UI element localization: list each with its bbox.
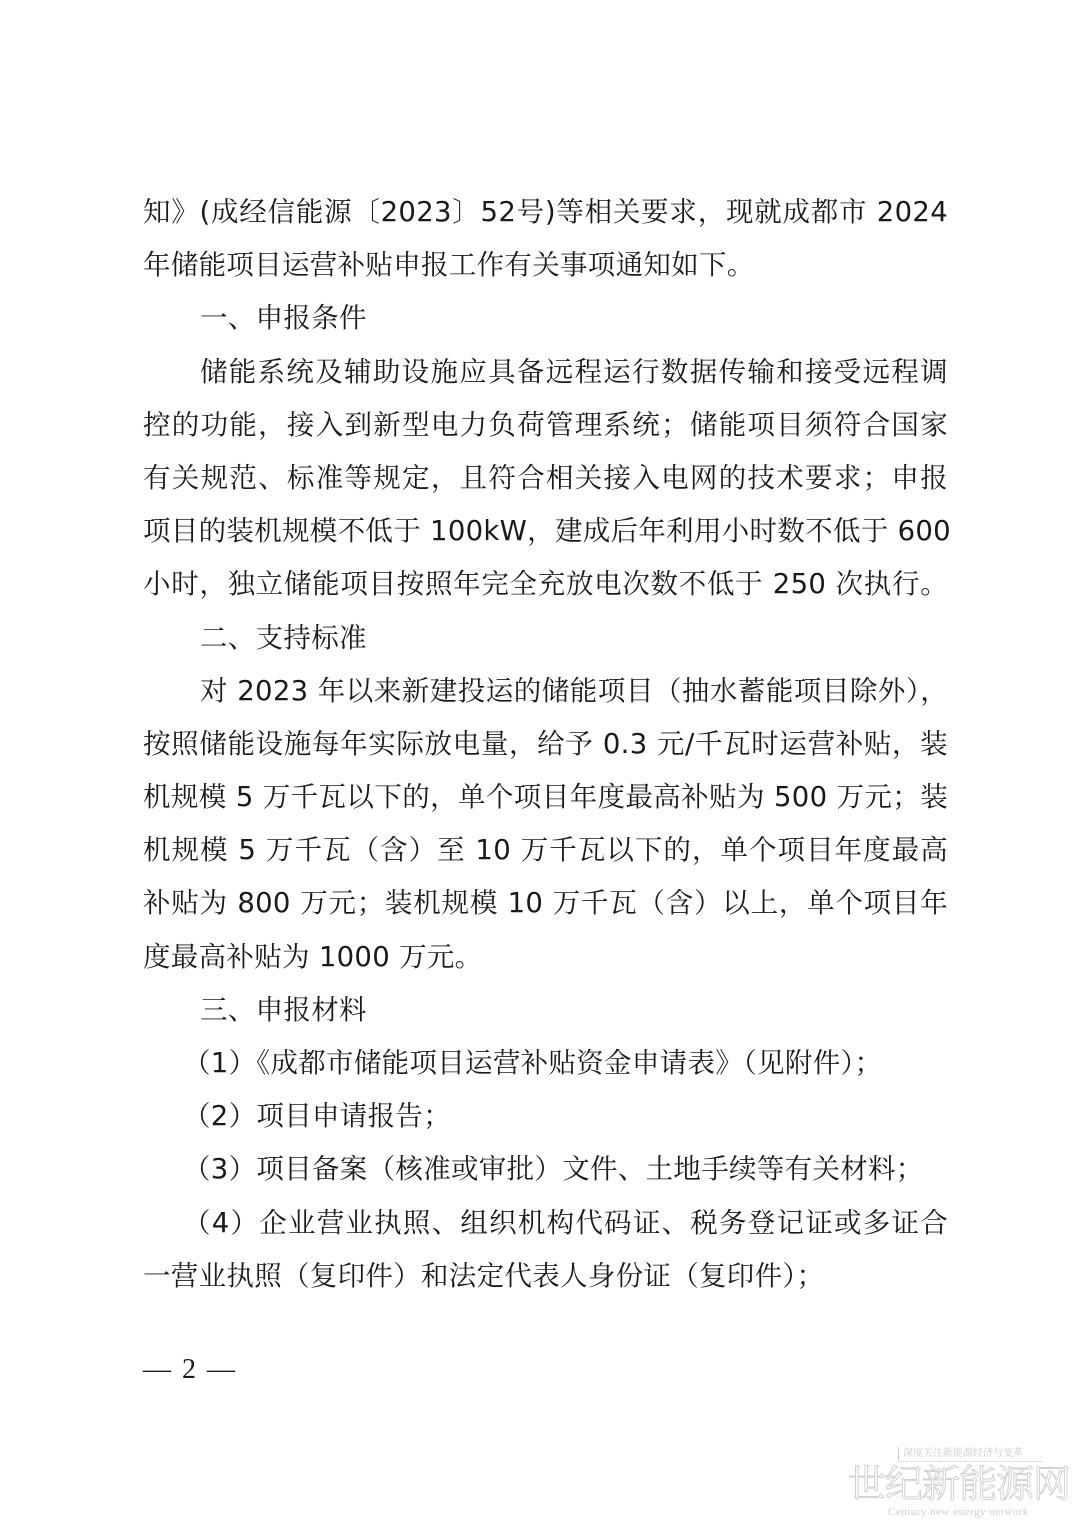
paragraph-line: 有关规范、标准等规定，且符合相关接入电网的技术要求；申报 [143, 452, 948, 505]
section-heading-standards: 二、支持标准 [143, 612, 948, 665]
materials-item-1: （1）《成都市储能项目运营补贴资金申请表》（见附件）； [143, 1037, 948, 1090]
paragraph-line: 年储能项目运营补贴申报工作有关事项通知如下。 [143, 239, 948, 292]
section-heading-materials: 三、申报材料 [143, 984, 948, 1037]
watermark-subtitle: Century new energy network [888, 1506, 1072, 1518]
paragraph-line: 补贴为 800 万元；装机规模 10 万千瓦（含）以上，单个项目年 [143, 877, 948, 930]
section-heading-conditions: 一、申报条件 [143, 292, 948, 345]
paragraph-line: 知》(成经信能源〔2023〕52号)等相关要求，现就成都市 2024 [143, 186, 948, 239]
paragraph-line: 控的功能，接入到新型电力负荷管理系统；储能项目须符合国家 [143, 399, 948, 452]
paragraph-line: 机规模 5 万千瓦（含）至 10 万千瓦以下的，单个项目年度最高 [143, 824, 948, 877]
paragraph-line: 度最高补贴为 1000 万元。 [143, 931, 948, 984]
watermark: 深度关注新能源经济与变革 世纪新能源网 Century new energy n… [848, 1447, 1072, 1518]
paragraph-line: 项目的装机规模不低于 100kW，建成后年利用小时数不低于 600 [143, 505, 948, 558]
document-page: 知》(成经信能源〔2023〕52号)等相关要求，现就成都市 2024 年储能项目… [143, 186, 948, 1303]
paragraph-line: 机规模 5 万千瓦以下的，单个项目年度最高补贴为 500 万元；装 [143, 771, 948, 824]
watermark-tagline: 深度关注新能源经济与变革 [898, 1447, 1043, 1462]
paragraph-line: 一营业执照（复印件）和法定代表人身份证（复印件）； [143, 1250, 948, 1303]
materials-item-3: （3）项目备案（核准或审批）文件、土地手续等有关材料； [143, 1143, 948, 1196]
paragraph-line: 按照储能设施每年实际放电量，给予 0.3 元/千瓦时运营补贴，装 [143, 718, 948, 771]
paragraph-line: 储能系统及辅助设施应具备远程运行数据传输和接受远程调 [143, 346, 948, 399]
page-number: — 2 — [143, 1354, 237, 1386]
paragraph-line: 小时，独立储能项目按照年完全充放电次数不低于 250 次执行。 [143, 558, 948, 611]
materials-item-4: （4）企业营业执照、组织机构代码证、税务登记证或多证合 [143, 1197, 948, 1250]
materials-item-2: （2）项目申请报告； [143, 1090, 948, 1143]
watermark-title: 世纪新能源网 [848, 1462, 1072, 1506]
paragraph-line: 对 2023 年以来新建投运的储能项目（抽水蓄能项目除外）， [143, 665, 948, 718]
